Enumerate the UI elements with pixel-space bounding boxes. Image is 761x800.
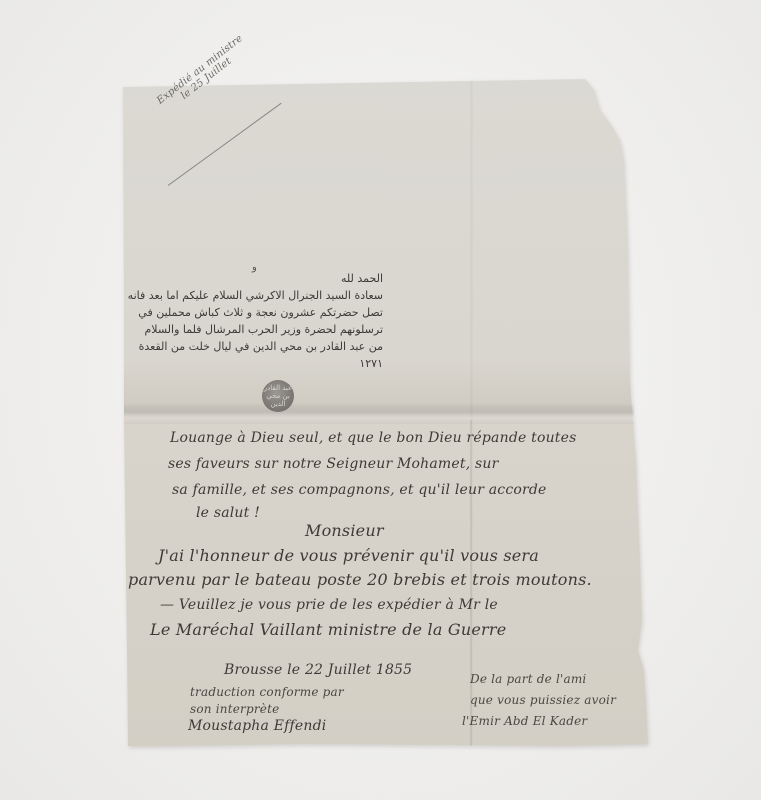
french-body-line-4: Le Maréchal Vaillant ministre de la Guer… <box>150 620 506 639</box>
paper-sheet <box>0 0 761 800</box>
french-body-line-3: — Veuillez je vous prie de les expédier … <box>160 597 498 613</box>
place-and-date: Brousse le 22 Juillet 1855 <box>224 662 412 678</box>
closing-line-2: que vous puissiez avoir <box>470 693 616 707</box>
arabic-line-3: ترسلونهم لحضرة وزير الحرب المرشال فلما و… <box>128 321 383 338</box>
letter-document <box>0 0 761 800</box>
arabic-line-5: ١٢٧١ <box>128 355 383 372</box>
french-invocation-line-2: ses faveurs sur notre Seigneur Mohamet, … <box>168 456 499 472</box>
french-salutation: Monsieur <box>305 521 384 540</box>
seal-text: عبد القادر بن محي الدين <box>262 384 294 408</box>
french-body-line-1: J'ai l'honneur de vous prévenir qu'il vo… <box>158 546 539 565</box>
french-invocation-line-3: sa famille, et ses compagnons, et qu'il … <box>172 482 547 498</box>
translator-signature: Moustapha Effendi <box>188 718 326 734</box>
french-body-line-2: parvenu par le bateau poste 20 brebis et… <box>128 570 592 589</box>
arabic-invocation: الحمد لله <box>128 270 383 287</box>
arabic-text-block: الحمد لله سعادة السيد الجنرال الاكرشي ال… <box>128 270 383 372</box>
horizontal-fold-crease <box>124 404 634 424</box>
translation-note-line-2: son interprète <box>190 702 279 716</box>
seal-stamp: عبد القادر بن محي الدين <box>262 380 294 412</box>
closing-signature: l'Emir Abd El Kader <box>462 714 587 728</box>
closing-line-1: De la part de l'ami <box>470 672 586 686</box>
french-invocation-line-1: Louange à Dieu seul, et que le bon Dieu … <box>170 430 577 446</box>
arabic-line-2: تصل حضرتكم عشرون نعجة و ثلاث كباش محملين… <box>128 304 383 321</box>
arabic-line-4: من عبد القادر بن محي الدين في ليال خلت م… <box>128 338 383 355</box>
arabic-line-1: سعادة السيد الجنرال الاكرشي السلام عليكم… <box>128 287 383 304</box>
french-invocation-line-4: le salut ! <box>196 505 260 521</box>
translation-note-line-1: traduction conforme par <box>190 685 344 699</box>
